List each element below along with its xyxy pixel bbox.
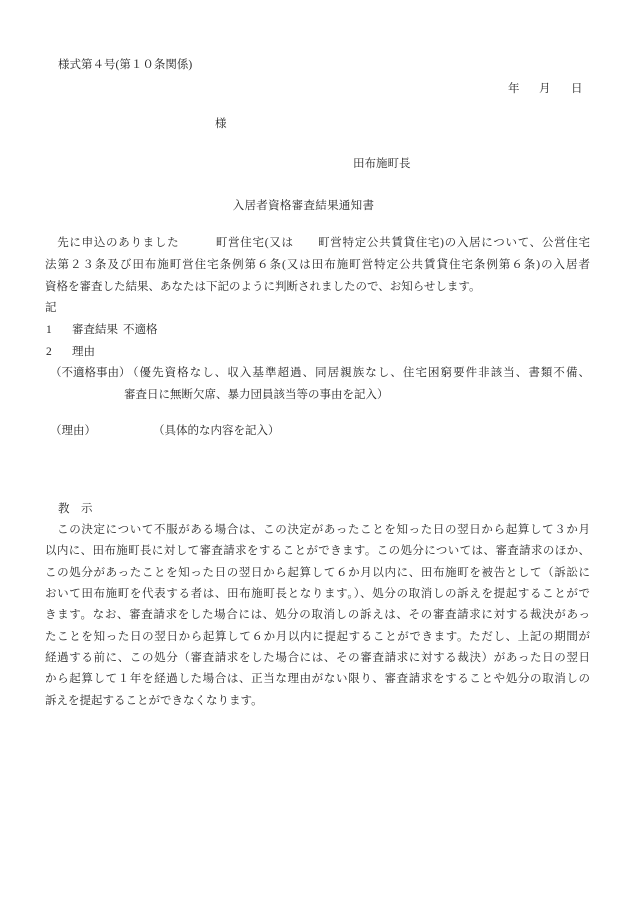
result-item-number: 1 bbox=[46, 323, 52, 337]
reason-item-number: 2 bbox=[46, 345, 52, 359]
ineligibility-note-line: 審査日に無断欠席、暴力団員該当等の事由を記入） bbox=[124, 388, 389, 402]
document-page: 様式第４号(第１０条関係) 年 月 日 様 田布施町長 入居者資格審査結果通知書… bbox=[0, 0, 630, 915]
addressee-honorific: 様 bbox=[215, 117, 227, 131]
intro-paragraph-line: 法第２３条及び田布施町営住宅条例第６条(又は田布施町営特定公共賃貸住宅条例第６条… bbox=[45, 258, 590, 272]
intro-paragraph-line: 資格を審査した結果、あなたは下記のように判断されましたので、お知らせします。 bbox=[45, 280, 590, 294]
ineligibility-note-line: （優先資格なし、収入基準超過、同居親族なし、住宅困窮要件非該当、書類不備、 bbox=[127, 366, 590, 380]
sender-title: 田布施町長 bbox=[353, 157, 411, 171]
date-year-label: 年 bbox=[508, 82, 520, 96]
result-item-value: 不適格 bbox=[123, 323, 158, 337]
reason-item-label: 理由 bbox=[72, 345, 95, 359]
instruction-paragraph-line: おいて田布施町を代表する者は、田布施町長となります。）、処分の取消しの訴えを提起… bbox=[45, 587, 590, 601]
instruction-paragraph-line: 訴えを提起することができなくなります。 bbox=[45, 694, 590, 708]
result-item-label: 審査結果 bbox=[72, 323, 118, 337]
instruction-paragraph-line: この処分があったことを知った日の翌日から起算して６か月以内に、田布施町を被告とし… bbox=[45, 566, 590, 580]
ki-label: 記 bbox=[45, 301, 57, 315]
instruction-paragraph-line: たことを知った日の翌日から起算して６か月以内に提起することができます。ただし、上… bbox=[45, 630, 590, 644]
intro-paragraph-line: 先に申込のありました 町営住宅(又は 町営特定公共賃貸住宅)の入居について、公営… bbox=[45, 236, 590, 250]
form-number: 様式第４号(第１０条関係) bbox=[58, 58, 192, 72]
instruction-paragraph-line: 以内に、田布施町長に対して審査請求をすることができます。この処分については、審査… bbox=[45, 544, 590, 558]
instruction-paragraph-line: から起算して１年を経過した場合は、正当な理由がない限り、審査請求をすることや処分… bbox=[45, 672, 590, 686]
date-month-label: 月 bbox=[539, 82, 551, 96]
reason-note: （具体的な内容を記入） bbox=[153, 424, 280, 438]
document-title: 入居者資格審査結果通知書 bbox=[0, 199, 607, 213]
instruction-paragraph-line: きます。なお、審査請求をした場合には、処分の取消しの訴えは、その審査請求に対する… bbox=[45, 608, 590, 622]
instruction-paragraph-line: この決定について不服がある場合は、この決定があったことを知った日の翌日から起算し… bbox=[45, 523, 590, 537]
instruction-heading: 教 示 bbox=[58, 502, 93, 516]
ineligibility-label: （不適格事由） bbox=[50, 366, 131, 380]
reason-label: （理由） bbox=[50, 424, 96, 438]
instruction-paragraph-line: 経過する前に、この処分（審査請求をした場合には、その審査請求に対する裁決）があっ… bbox=[45, 651, 590, 665]
date-day-label: 日 bbox=[571, 82, 583, 96]
